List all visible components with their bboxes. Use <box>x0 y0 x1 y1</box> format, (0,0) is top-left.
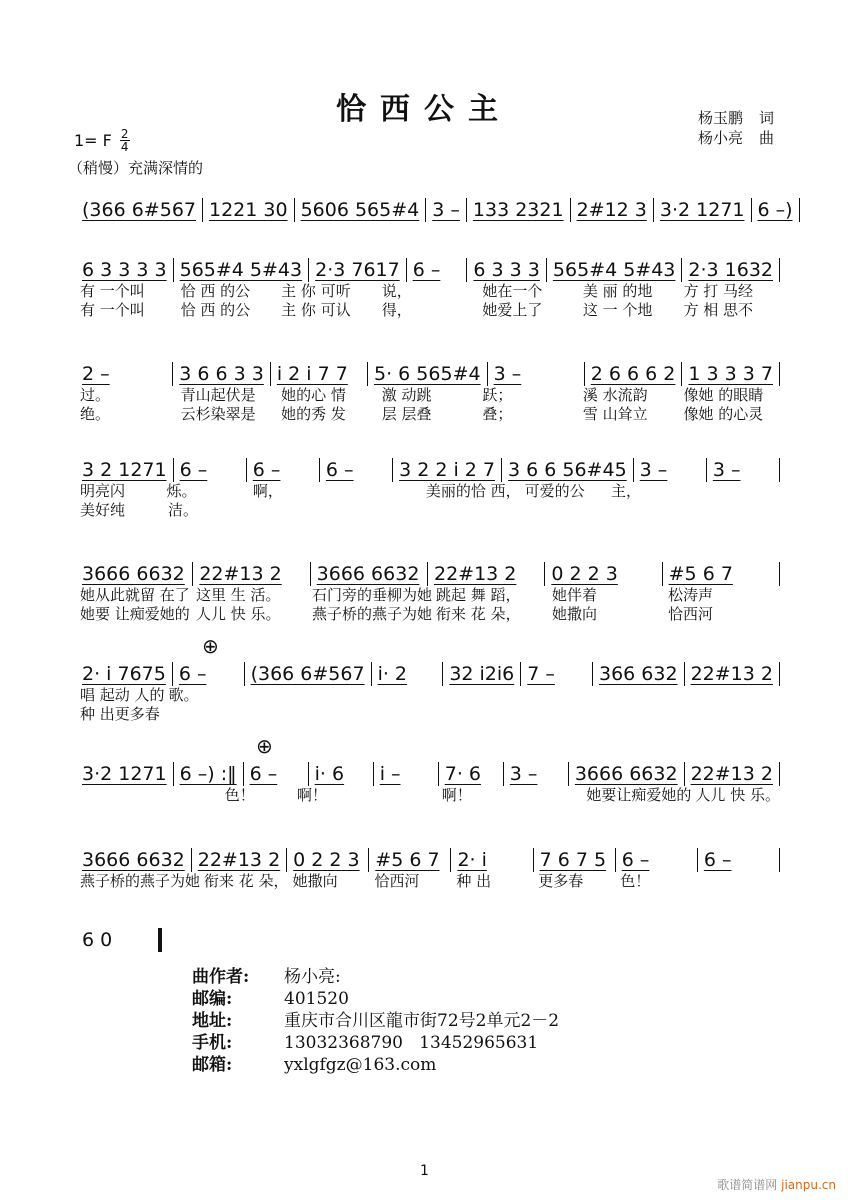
lyric-segment: 像她 的心灵 <box>679 405 780 424</box>
measure: 3·2 1271 <box>654 198 752 222</box>
lyric-line: 过。青山起伏是她的心 情激 动跳跃；溪 水流韵像她 的眼睛 <box>76 386 780 405</box>
contact-postcode: 邮编:401520 <box>192 988 559 1010</box>
page-number: 1 <box>420 1163 429 1179</box>
measure: 0 2 2 3 <box>287 848 369 872</box>
score-system: 2 –3 6 6 3 3i 2 i 7 75· 6 565#43 –2 6 6 … <box>76 360 780 424</box>
lyric-segment: 恰西河 <box>370 872 452 891</box>
lyric-segment: 色！ <box>616 872 698 891</box>
measure: 3666 6632 <box>76 562 193 586</box>
measure: 6 – <box>698 848 780 872</box>
measure: (366 6#567 <box>245 662 372 686</box>
contact-label: 手机: <box>192 1032 284 1054</box>
lyric-segment: 她伴着 <box>548 586 664 605</box>
score-system: 3 2 12716 –6 –6 –3 2 2 i 2 73 6 6 56#453… <box>76 456 780 520</box>
lyric-segment: 衔来 花 朵， <box>200 872 289 891</box>
lyric-segment <box>76 786 148 805</box>
notes-row: 6 0 <box>76 926 156 952</box>
measure: 6 – <box>174 458 247 482</box>
lyric-segment <box>365 786 437 805</box>
lyric-segment <box>604 501 692 520</box>
measure: 3666 6632 <box>311 562 428 586</box>
lyric-segment: 美好纯 <box>76 501 164 520</box>
measure: 6 – <box>320 458 393 482</box>
lyric-line: 有 一个叫恰 西 的公主 你 可认得，她爱上了这 一 个地方 相 思不 <box>76 301 780 320</box>
lyric-segment: 云杉染翠是 <box>177 405 278 424</box>
lyric-segment <box>428 501 516 520</box>
lyric-segment <box>252 686 340 705</box>
measure: 6 – <box>244 762 309 786</box>
measure: 3 – <box>426 198 467 222</box>
lyric-segment: 绝。 <box>76 405 177 424</box>
lyric-segment: 种 出 <box>452 872 534 891</box>
measure: #5 6 7 <box>663 562 780 586</box>
measure: 2#12 3 <box>571 198 654 222</box>
measure: #5 6 7 <box>369 848 451 872</box>
measure: 7· 6 <box>439 762 504 786</box>
measure: 1 3 3 3 7 <box>682 362 780 386</box>
measure: 3 2 1271 <box>76 458 174 482</box>
measure: 6 – <box>616 848 698 872</box>
lyric-segment <box>340 501 428 520</box>
lyric-segment: 她在一个 <box>478 282 579 301</box>
lyric-segment: 明亮闪 <box>76 482 162 501</box>
contact-label: 曲作者: <box>192 966 284 988</box>
lyric-segment <box>340 686 428 705</box>
coda-sign-icon: ⊕ <box>256 734 273 758</box>
lyric-segment: 过。 <box>76 386 177 405</box>
lyric-segment: 她爱上了 <box>478 301 579 320</box>
measure: 3·2 1271 <box>76 762 174 786</box>
lyric-segment: 恰 西 的公 <box>177 301 278 320</box>
lyric-segment: 啊！ <box>438 786 510 805</box>
measure: 3 – <box>504 762 569 786</box>
lyric-segment <box>428 705 516 724</box>
measure: 2· i <box>451 848 533 872</box>
lyric-segment: 烁。 <box>162 482 248 501</box>
lyric-segment: 得， <box>378 301 479 320</box>
lyric-line: 她从此就留 在了这里 生 活。石门旁的垂柳为她跳起 舞 蹈，她伴着松涛声 <box>76 586 780 605</box>
lyric-segment: 燕子桥的燕子为她 <box>76 872 200 891</box>
measure: (366 6#567 <box>76 198 203 222</box>
lyric-segment: 她要 让痴爱她的 <box>76 605 192 624</box>
lyric-segment: 衔来 花 朵， <box>432 605 548 624</box>
lyric-segment: 美 丽 的地 <box>579 282 680 301</box>
lyric-line: 她要 让痴爱她的人儿 快 乐。燕子桥的燕子为她衔来 花 朵，她撒向恰西河 <box>76 605 780 624</box>
lyric-segment <box>604 705 692 724</box>
lyric-segment: 雪 山耸立 <box>579 405 680 424</box>
lyric-segment <box>692 705 780 724</box>
key-signature: 1= F 2 4 <box>74 128 130 153</box>
measure: 133 2321 <box>467 198 571 222</box>
measure: 6 – <box>173 662 245 686</box>
measure: 2·3 7617 <box>309 258 407 282</box>
composer-role: 曲 <box>759 129 774 147</box>
contact-composer: 曲作者:杨小亮: <box>192 966 559 988</box>
measure: 3 – <box>707 458 780 482</box>
measure: 0 2 2 3 <box>545 562 662 586</box>
lyric-segment: 种 出更多春 <box>76 705 164 724</box>
contact-info: 曲作者:杨小亮: 邮编:401520 地址:重庆市合川区龍市街72号2单元2－2… <box>192 966 559 1076</box>
contact-label: 邮箱: <box>192 1054 284 1076</box>
coda-sign-icon: ⊕ <box>202 634 219 658</box>
lyric-segment <box>510 786 582 805</box>
lyricist-role: 词 <box>759 109 774 127</box>
lyric-line: 绝。云杉染翠是她的秀 发层 层叠叠；雪 山耸立像她 的心灵 <box>76 405 780 424</box>
score-system: ⊕2· i 76756 –(366 6#567i· 232 i2i67 –366… <box>76 660 780 724</box>
score-system: ⊕3·2 12716 –) :‖6 –i· 6i –7· 63 –3666 66… <box>76 760 780 805</box>
measure: i 2 i 7 7 <box>271 362 368 386</box>
measure: 6 3 3 3 3 <box>76 258 174 282</box>
notes-row: 6 3 3 3 3565#4 5#432·3 76176 –6 3 3 3565… <box>76 256 780 282</box>
score-system: 6 3 3 3 3565#4 5#432·3 76176 –6 3 3 3565… <box>76 256 780 320</box>
contact-value: yxlgfgz@163.com <box>284 1054 436 1076</box>
measure: 2· i 7675 <box>76 662 173 686</box>
lyric-segment: 这 一 个地 <box>579 301 680 320</box>
contact-value: 重庆市合川区龍市街72号2单元2－2 <box>284 1010 559 1032</box>
measure: 22#13 2 <box>428 562 545 586</box>
composer-credit: 杨小亮曲 <box>698 128 774 148</box>
time-signature: 2 4 <box>120 128 130 153</box>
measure: 7 – <box>521 662 593 686</box>
lyric-line: 美好纯洁。 <box>76 501 780 520</box>
lyric-segment: 有 一个叫 <box>76 282 177 301</box>
measure: i – <box>374 762 439 786</box>
lyric-segment: 恰 西 的公 <box>177 282 278 301</box>
measure: 6 – <box>247 458 320 482</box>
notes-row: 3·2 12716 –) :‖6 –i· 6i –7· 63 –3666 663… <box>76 760 780 786</box>
lyric-segment: 叠； <box>478 405 579 424</box>
notes-row: 2· i 76756 –(366 6#567i· 232 i2i67 –366 … <box>76 660 780 686</box>
lyric-segment: 像她 的眼睛 <box>679 386 780 405</box>
measure: 366 632 <box>593 662 685 686</box>
notes-row: 3 2 12716 –6 –6 –3 2 2 i 2 73 6 6 56#453… <box>76 456 780 482</box>
lyric-segment <box>692 686 780 705</box>
measure: 22#13 2 <box>685 762 780 786</box>
measure: i· 6 <box>309 762 374 786</box>
watermark-en: jianpu.cn <box>781 1178 836 1192</box>
measure: 3 – <box>488 362 585 386</box>
contact-label: 邮编: <box>192 988 284 1010</box>
lyric-segment: 跳起 舞 蹈， <box>432 586 548 605</box>
lyric-segment: 可爱的公 <box>521 482 607 501</box>
measure: 6 0 <box>76 928 162 952</box>
lyric-segment: 激 动跳 <box>378 386 479 405</box>
measure: 565#4 5#43 <box>174 258 310 282</box>
lyricist-name: 杨玉鹏 <box>698 109 743 127</box>
lyric-segment: 溪 水流韵 <box>579 386 680 405</box>
contact-address: 地址:重庆市合川区龍市街72号2单元2－2 <box>192 1010 559 1032</box>
score-system: (366 6#5671221 305606 565#43 –133 23212#… <box>76 196 780 222</box>
lyric-segment: 方 相 思不 <box>679 301 780 320</box>
score-system: 6 0 <box>76 926 780 952</box>
lyric-segment: 跃； <box>478 386 579 405</box>
credits: 杨玉鹏词 杨小亮曲 <box>698 108 774 148</box>
measure: 3666 6632 <box>569 762 685 786</box>
lyric-segment <box>516 705 604 724</box>
lyric-segment <box>252 501 340 520</box>
lyric-line: 有 一个叫恰 西 的公主 你 可听说，她在一个美 丽 的地方 打 马经 <box>76 282 780 301</box>
lyric-segment: 洁。 <box>164 501 252 520</box>
measure: i· 2 <box>372 662 444 686</box>
score-system: 3666 663222#13 23666 663222#13 20 2 2 3#… <box>76 560 780 624</box>
measure: 3 6 6 56#45 <box>502 458 634 482</box>
lyric-segment: 她的秀 发 <box>277 405 378 424</box>
lyric-segment: 唱 起动 人的 <box>76 686 165 705</box>
measure: 3666 6632 <box>76 848 192 872</box>
measure: 6 – <box>407 258 468 282</box>
lyric-segment: 燕子桥的燕子为她 <box>308 605 432 624</box>
notes-row: 3666 663222#13 20 2 2 3#5 6 72· i7 6 7 5… <box>76 846 780 872</box>
lyric-segment <box>604 686 692 705</box>
lyric-segment: 松涛声 <box>664 586 780 605</box>
lyric-line: 唱 起动 人的歌。 <box>76 686 780 705</box>
measure: 3 6 6 3 3 <box>173 362 271 386</box>
lyric-segment: 啊！ <box>293 786 365 805</box>
lyric-segment: 石门旁的垂柳为她 <box>308 586 432 605</box>
measure: 22#13 2 <box>193 562 310 586</box>
measure: 2 – <box>76 362 173 386</box>
lyric-segment: 有 一个叫 <box>76 301 177 320</box>
lyric-segment <box>252 705 340 724</box>
measure: 1221 30 <box>203 198 295 222</box>
lyric-segment: 主， <box>607 482 693 501</box>
lyricist-credit: 杨玉鹏词 <box>698 108 774 128</box>
lyric-segment <box>694 482 780 501</box>
measure: 2 6 6 6 2 <box>585 362 683 386</box>
lyric-segment: 她撒向 <box>289 872 371 891</box>
lyric-line: 明亮闪烁。啊，美丽的恰 西，可爱的公主， <box>76 482 780 501</box>
measure: 6 3 3 3 <box>467 258 546 282</box>
measure: 5606 565#4 <box>295 198 427 222</box>
measure: 565#4 5#43 <box>547 258 683 282</box>
measure: 5· 6 565#4 <box>368 362 488 386</box>
measure: 6 –) <box>752 198 800 222</box>
lyric-segment: 歌。 <box>165 686 253 705</box>
notes-row: (366 6#5671221 305606 565#43 –133 23212#… <box>76 196 780 222</box>
lyric-segment: 美丽的恰 西， <box>422 482 521 501</box>
notes-row: 2 –3 6 6 3 3i 2 i 7 75· 6 565#43 –2 6 6 … <box>76 360 780 386</box>
lyric-line: 色！啊！啊！她要让痴爱她的人儿 快 乐。 <box>76 786 780 805</box>
contact-value: 401520 <box>284 988 349 1010</box>
lyric-segment <box>428 686 516 705</box>
lyric-segment <box>698 872 780 891</box>
lyric-line: 种 出更多春 <box>76 705 780 724</box>
lyric-segment: 青山起伏是 <box>177 386 278 405</box>
lyric-segment: 更多春 <box>534 872 616 891</box>
lyric-segment <box>692 501 780 520</box>
time-sig-bottom: 4 <box>121 141 129 153</box>
lyric-segment <box>148 786 220 805</box>
key-label: 1= F <box>74 131 112 150</box>
measure: 3 – <box>634 458 707 482</box>
measure: 32 i2i6 <box>443 662 521 686</box>
lyric-segment: 人儿 快 乐。 <box>691 786 780 805</box>
lyric-segment: 方 打 马经 <box>679 282 780 301</box>
score-system: 3666 663222#13 20 2 2 3#5 6 72· i7 6 7 5… <box>76 846 780 891</box>
lyric-segment <box>340 705 428 724</box>
lyric-segment: 她的心 情 <box>277 386 378 405</box>
lyric-line: 燕子桥的燕子为她衔来 花 朵，她撒向恰西河种 出更多春色！ <box>76 872 780 891</box>
watermark: 歌谱简谱网 jianpu.cn <box>717 1176 836 1193</box>
lyric-segment: 人儿 快 乐。 <box>192 605 308 624</box>
lyric-segment: 主 你 可听 <box>277 282 378 301</box>
contact-phone: 手机:13032368790 13452965631 <box>192 1032 559 1054</box>
lyric-segment <box>335 482 421 501</box>
watermark-cn: 歌谱简谱网 <box>717 1178 777 1192</box>
lyric-segment <box>164 705 252 724</box>
contact-value: 杨小亮: <box>284 966 341 988</box>
lyric-segment: 恰西河 <box>664 605 780 624</box>
measure: 7 6 7 5 <box>534 848 616 872</box>
composer-name: 杨小亮 <box>698 129 743 147</box>
lyric-segment: 她撒向 <box>548 605 664 624</box>
measure: 3 2 2 i 2 7 <box>393 458 502 482</box>
measure: 22#13 2 <box>685 662 780 686</box>
lyric-segment: 色！ <box>221 786 293 805</box>
lyric-segment: 啊， <box>249 482 335 501</box>
lyric-segment: 层 层叠 <box>378 405 479 424</box>
lyric-segment: 她从此就留 在了 <box>76 586 192 605</box>
contact-value: 13032368790 13452965631 <box>284 1032 538 1054</box>
lyric-segment: 她要让痴爱她的 <box>582 786 691 805</box>
lyric-segment: 这里 生 活。 <box>192 586 308 605</box>
contact-label: 地址: <box>192 1010 284 1032</box>
measure: 2·3 1632 <box>682 258 780 282</box>
lyric-segment <box>516 686 604 705</box>
measure: 22#13 2 <box>192 848 287 872</box>
contact-email: 邮箱:yxlgfgz@163.com <box>192 1054 559 1076</box>
measure: 6 –) :‖ <box>174 762 244 786</box>
tempo-marking: （稍慢）充满深情的 <box>68 157 203 178</box>
lyric-segment: 说， <box>378 282 479 301</box>
notes-row: 3666 663222#13 23666 663222#13 20 2 2 3#… <box>76 560 780 586</box>
lyric-segment: 主 你 可认 <box>277 301 378 320</box>
lyric-segment <box>516 501 604 520</box>
